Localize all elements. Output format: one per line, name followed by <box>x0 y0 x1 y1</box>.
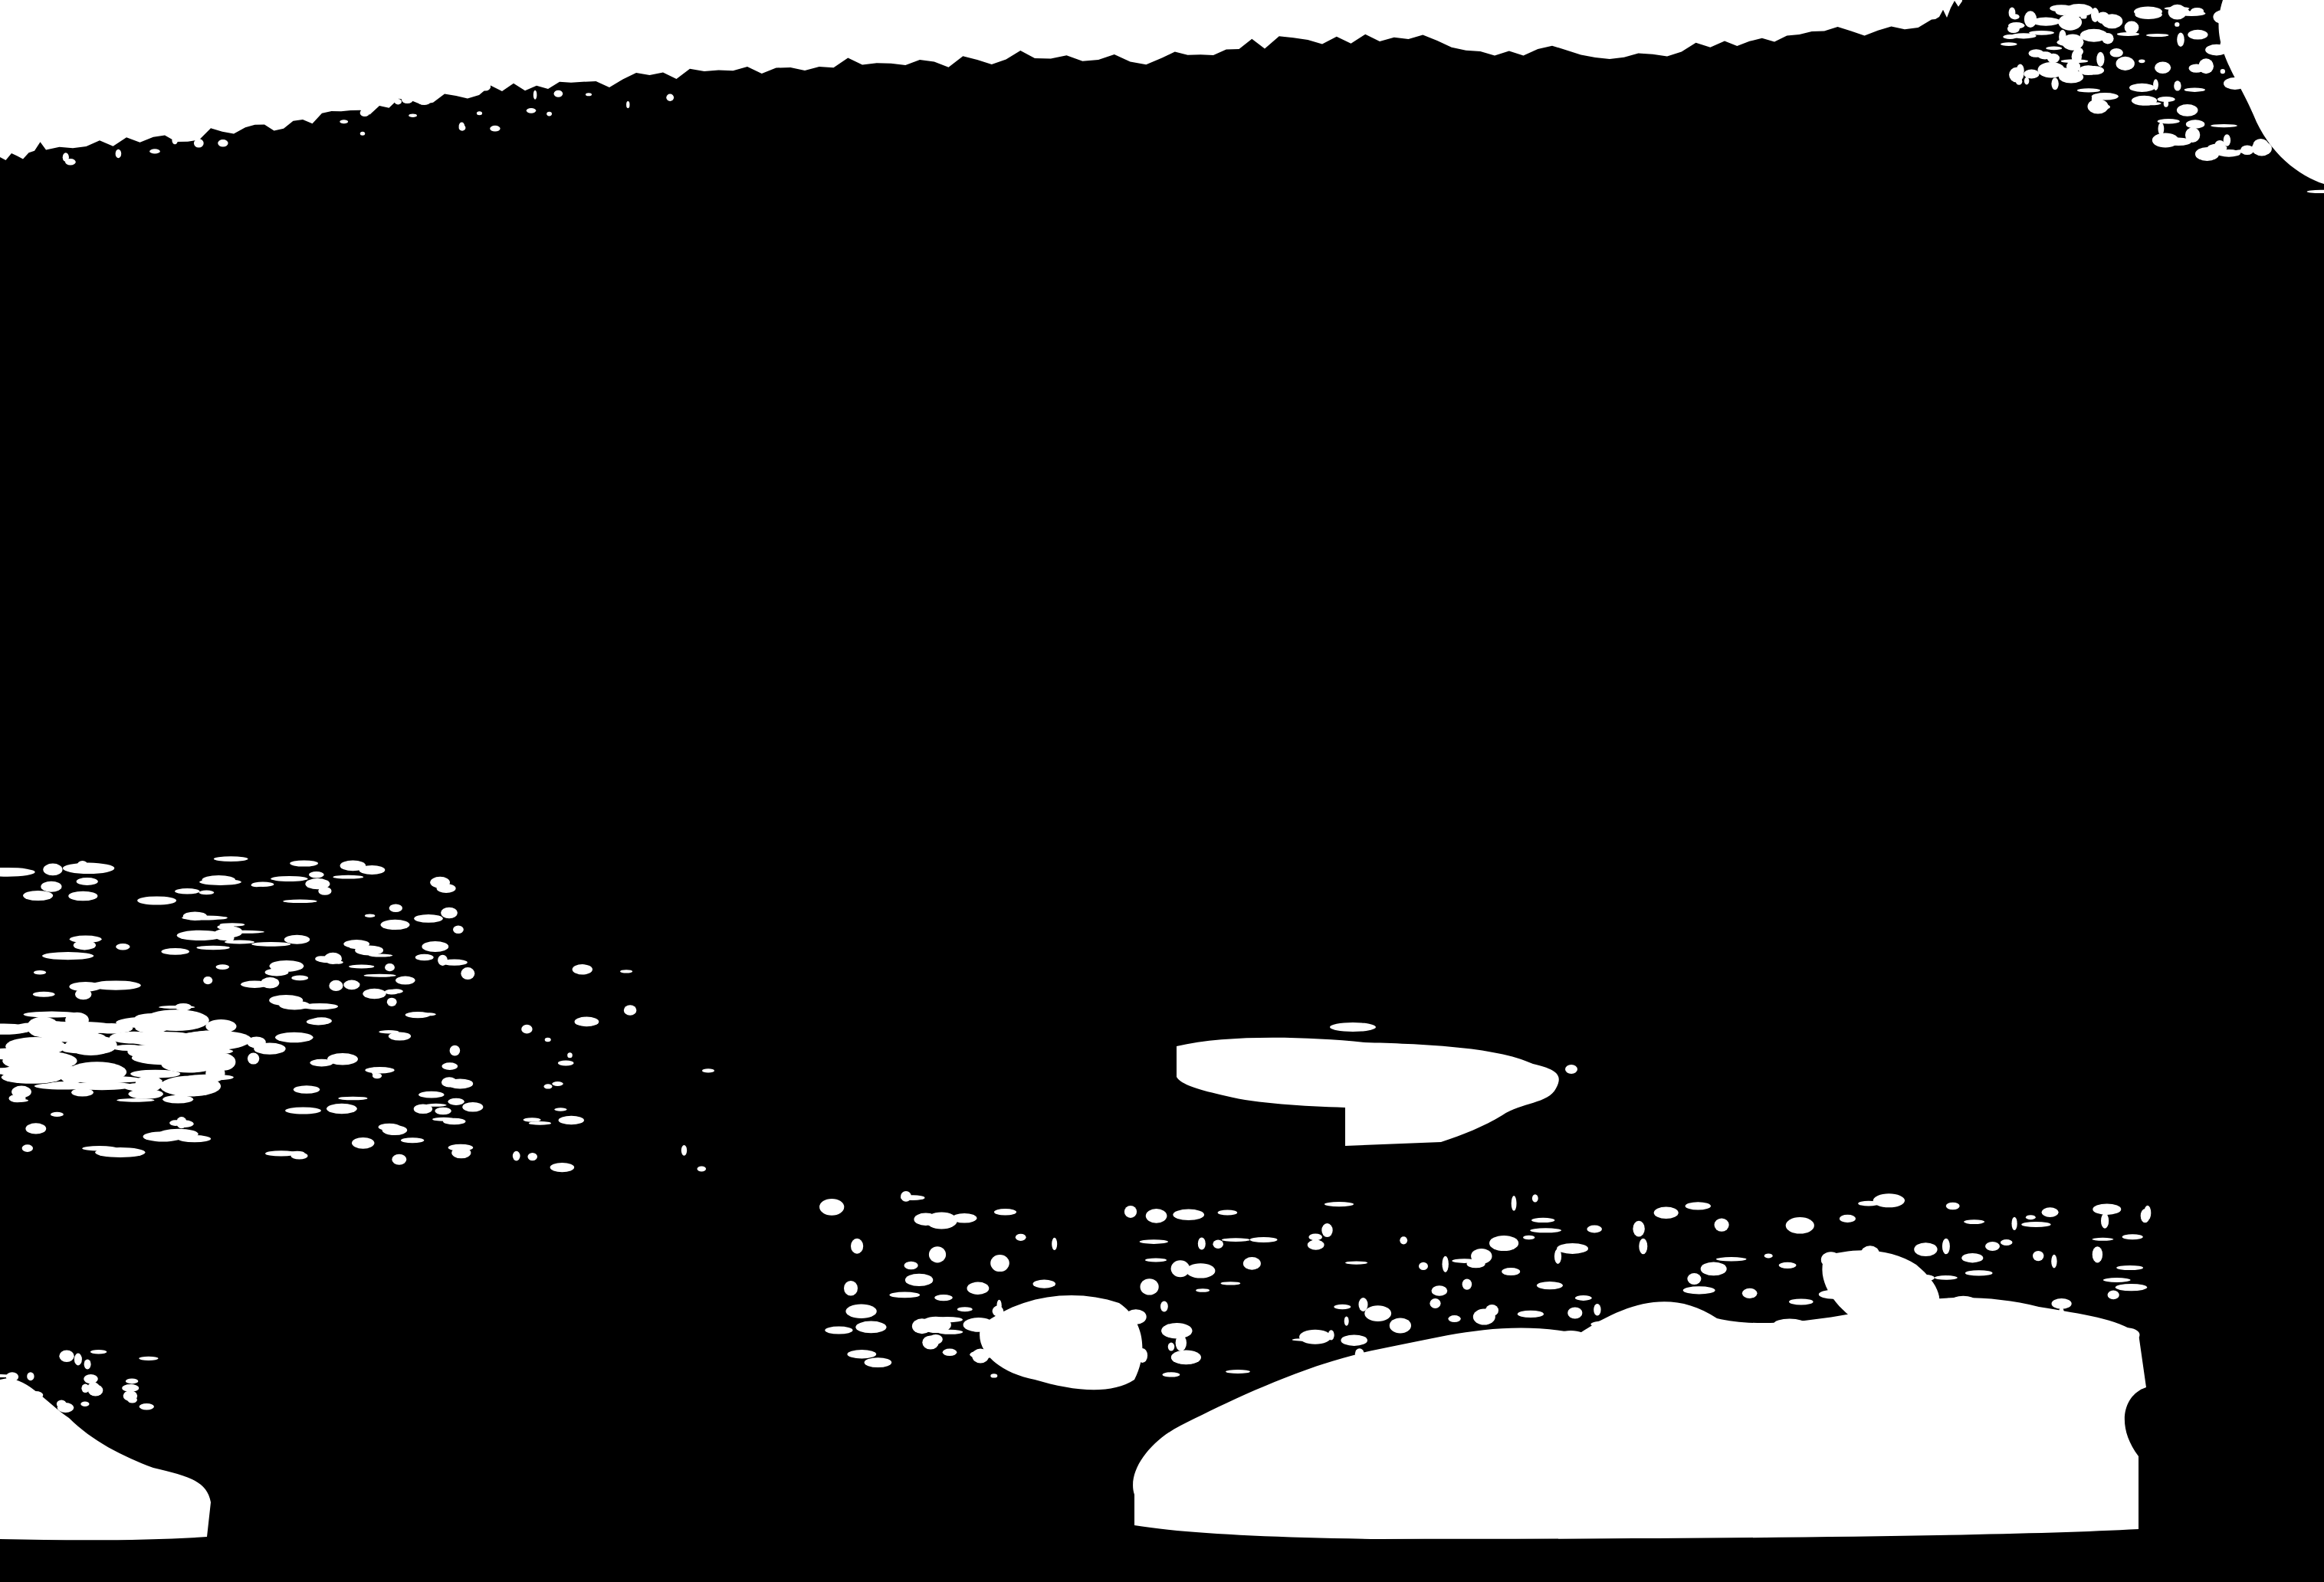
lower-field-speck <box>1518 1311 1544 1318</box>
lower-field-speck <box>963 1318 994 1332</box>
lower-field-speck <box>1985 1242 2000 1251</box>
lower-field-speck <box>1914 1242 1937 1256</box>
reflection-streak-sparse <box>545 1038 551 1042</box>
lower-field-speck <box>889 1292 920 1298</box>
lower-field-speck <box>1520 1347 1550 1354</box>
lower-field-speck <box>922 1335 938 1349</box>
lower-field-speck <box>1961 1253 1983 1262</box>
reflection-streak-sparse <box>558 1061 574 1066</box>
reflection-streak <box>159 1006 195 1009</box>
reflection-streak-dense <box>31 1022 96 1033</box>
reflection-streak <box>271 876 308 881</box>
reflection-streak-sparse <box>513 1151 520 1161</box>
lower-field-speck <box>1832 1372 1857 1386</box>
sky-speck <box>39 125 48 133</box>
sky-speck <box>26 130 33 139</box>
reflection-streak <box>261 977 279 988</box>
lower-field-speck <box>847 1350 876 1358</box>
sky-speck <box>64 115 68 119</box>
glare-speck <box>2175 22 2179 27</box>
reflection-streak-dense <box>126 1032 199 1046</box>
lower-field-speck <box>1821 1252 1841 1267</box>
reflection-streak <box>327 1104 357 1114</box>
lower-field-speck <box>1779 1262 1797 1269</box>
lower-field-speck <box>1386 1351 1416 1361</box>
lower-field-speck <box>1518 1340 1538 1344</box>
lower-field-speck <box>943 1349 957 1357</box>
lower-field-speck <box>1355 1348 1364 1359</box>
lower-field-speck <box>1140 1239 1168 1244</box>
reflection-streak <box>248 1053 259 1065</box>
lower-field-speck <box>1328 1330 1334 1340</box>
reflection-streak <box>453 926 464 934</box>
lower-field-speck <box>1085 1349 1098 1356</box>
reflection-streak-sparse <box>702 1068 714 1072</box>
lower-field-speck <box>1854 1279 1879 1283</box>
reflection-streak <box>199 891 215 895</box>
reflection-streak <box>69 982 101 992</box>
reflection-streak-dense <box>5 1037 65 1056</box>
lower-field-speck <box>1873 1193 1905 1207</box>
glare-speck <box>2191 8 2204 15</box>
reflection-streak-sparse <box>567 1052 573 1058</box>
lower-field-speck <box>1840 1215 1856 1223</box>
lower-field-speck <box>1530 1228 1561 1232</box>
sky-speck <box>315 106 324 113</box>
lower-field-speck <box>2059 1307 2064 1321</box>
glare-speck <box>2024 70 2039 79</box>
sky-speck <box>194 139 204 148</box>
glare-speck <box>2139 59 2145 63</box>
reflection-streak <box>338 1097 367 1101</box>
reflection-streak <box>33 992 55 997</box>
lower-field-speck <box>1843 1344 1852 1357</box>
lower-field-speck <box>1186 1263 1215 1278</box>
lower-left-speck <box>57 1400 67 1408</box>
lower-field-speck <box>1537 1282 1563 1289</box>
lower-field-speck <box>2097 1357 2112 1369</box>
lower-field-speck <box>1824 1361 1844 1364</box>
lower-field-speck <box>1575 1295 1592 1301</box>
lower-field-speck <box>1430 1298 1440 1308</box>
reflection-streak <box>387 998 397 1006</box>
lower-field-speck <box>1321 1223 1332 1237</box>
lower-field-speck <box>1221 1282 1241 1285</box>
sky-speck <box>670 61 677 66</box>
lower-field-speck <box>2036 1308 2042 1313</box>
glare-speck <box>2058 15 2082 31</box>
reflection-streak <box>419 1091 444 1098</box>
sky-speck <box>360 132 365 136</box>
reflection-streak <box>269 995 303 1006</box>
reflection-streak-dense <box>2 1070 67 1078</box>
lower-field-speck <box>934 1295 953 1301</box>
lower-field-speck <box>1686 1202 1711 1209</box>
lower-field-speck <box>2114 1328 2140 1342</box>
reflection-streak-sparse <box>343 980 359 990</box>
lower-left-speck <box>84 1374 98 1383</box>
glare-speck <box>2077 88 2100 92</box>
glare-speck <box>2011 14 2020 19</box>
glare-speck <box>2211 124 2237 127</box>
lower-field-speck <box>1173 1209 1204 1221</box>
lower-field-speck <box>1701 1262 1727 1276</box>
lower-field-speck <box>1687 1273 1701 1285</box>
glare-speck <box>2174 80 2181 90</box>
glare-speck <box>2234 149 2252 153</box>
glare-speck <box>2001 42 2017 46</box>
lower-field-speck <box>1891 1360 1896 1374</box>
lower-field-speck <box>1308 1240 1324 1250</box>
glare-speck <box>2094 104 2110 110</box>
lower-left-speck <box>122 1384 139 1392</box>
lower-field-speck <box>1431 1363 1461 1379</box>
lower-field-speck <box>1946 1203 1960 1210</box>
lower-field-speck <box>1171 1260 1190 1277</box>
lower-field-speck <box>1633 1221 1644 1237</box>
lower-field-speck <box>921 1317 951 1333</box>
lower-field-speck <box>2090 1324 2105 1340</box>
lower-field-speck <box>993 1306 1004 1317</box>
reflection-streak-sparse <box>443 1118 466 1125</box>
lower-field-speck <box>1359 1298 1368 1311</box>
lower-field-speck <box>2042 1207 2059 1217</box>
lower-field-speck <box>1567 1307 1582 1318</box>
reflection-streak <box>290 860 318 866</box>
glare-speck <box>2059 30 2066 44</box>
lower-field-speck <box>1965 1270 1993 1275</box>
sky-speck <box>126 103 132 110</box>
reflection-streak-sparse <box>575 1017 599 1027</box>
lower-field-speck <box>1489 1236 1518 1251</box>
reflection-streak-sparse <box>620 970 632 973</box>
reflection-streak-sparse <box>624 1005 637 1015</box>
sky-speck <box>626 101 629 108</box>
lower-field-speck <box>1717 1377 1724 1383</box>
glare-speck <box>2188 30 2207 40</box>
lower-field-speck <box>1784 1328 1797 1340</box>
lower-left-speck <box>126 1378 139 1383</box>
lower-field-speck <box>1771 1349 1791 1359</box>
sky-speck <box>529 71 533 77</box>
lower-field-speck <box>1471 1249 1492 1264</box>
lower-field-speck <box>1161 1323 1192 1339</box>
glare-speck <box>2056 71 2082 77</box>
lower-field-speck <box>1222 1238 1250 1242</box>
lower-field-speck <box>2051 1255 2056 1269</box>
reflection-streak <box>441 1077 457 1087</box>
lower-field-speck <box>2021 1222 2050 1227</box>
lower-field-speck <box>1162 1372 1180 1377</box>
lower-field-speck <box>901 1195 924 1200</box>
reflection-streak <box>396 976 415 985</box>
lower-field-speck <box>1324 1202 1354 1206</box>
sky-speck <box>116 149 122 159</box>
reflection-streak <box>42 952 94 960</box>
lower-field-speck <box>1145 1259 1167 1262</box>
lower-field-speck <box>1663 1340 1690 1350</box>
reflection-streak <box>401 1137 424 1143</box>
sky-speck <box>554 90 563 97</box>
reflection-streak <box>365 914 375 917</box>
lower-field-speck <box>1499 1370 1521 1382</box>
lower-field-speck <box>2088 1351 2093 1358</box>
reflection-streak-sparse <box>550 1163 575 1172</box>
reflection-streak <box>11 1099 28 1102</box>
lower-field-speck <box>1334 1305 1351 1309</box>
reflection-streak <box>340 861 366 871</box>
reflection-streak <box>74 940 96 950</box>
lower-field-speck <box>1345 1262 1367 1265</box>
reflection-streak <box>220 923 245 926</box>
reflection-streak <box>294 1085 320 1094</box>
lower-field-speck <box>1218 1209 1238 1215</box>
glare-speck <box>2177 8 2189 15</box>
photo-canvas <box>0 0 2324 1582</box>
reflection-streak <box>415 954 434 961</box>
lower-field-speck <box>1715 1218 1729 1231</box>
glare-speck <box>2252 141 2272 156</box>
sky-speck <box>409 113 417 117</box>
reflection-streak-sparse <box>441 1062 458 1070</box>
center-patch-fleck <box>1330 1022 1376 1032</box>
reflection-streak <box>134 1095 149 1098</box>
reflection-streak <box>405 1012 431 1018</box>
reflection-streak-dense <box>132 1051 205 1065</box>
reflection-streak-sparse <box>524 1118 541 1122</box>
reflection-streak <box>283 900 317 904</box>
lower-field-speck <box>1994 1368 2017 1377</box>
sky-speck <box>340 120 348 123</box>
reflection-streak-sparse <box>681 1145 687 1156</box>
lower-left-speck <box>84 1359 91 1369</box>
lower-field-speck <box>1602 1335 1620 1351</box>
sky-speck <box>172 136 178 145</box>
reflection-streak <box>311 1017 332 1024</box>
lower-field-speck <box>1789 1298 1814 1305</box>
glare-speck <box>2016 78 2022 85</box>
lower-left-speck <box>139 1357 158 1360</box>
sky-speck <box>151 111 159 120</box>
reflection-streak <box>441 960 468 966</box>
lower-field-speck <box>2093 1203 2121 1215</box>
lower-field-speck <box>1897 1306 1914 1323</box>
reflection-streak <box>51 1112 64 1117</box>
sky-speck <box>65 159 76 166</box>
lower-field-speck <box>844 1281 858 1296</box>
reflection-streak-sparse <box>435 1108 451 1115</box>
lower-left-speck <box>28 1391 44 1399</box>
lower-field-speck <box>1858 1201 1879 1206</box>
lower-field-speck <box>1900 1358 1922 1367</box>
sky-speck <box>459 125 466 131</box>
lower-field-speck <box>2101 1213 2109 1229</box>
reflection-streak <box>363 989 386 999</box>
lower-field-speck <box>1652 1353 1666 1361</box>
lower-field-speck <box>2141 1209 2150 1223</box>
reflection-streak <box>301 1003 338 1009</box>
reflection-streak <box>159 1129 199 1140</box>
lower-field-speck <box>1124 1206 1137 1218</box>
reflection-streak-dense <box>205 1019 236 1033</box>
lower-field-speck <box>1639 1239 1647 1255</box>
reflection-streak <box>441 908 458 919</box>
lower-field-speck <box>1866 1333 1892 1337</box>
reflection-streak-sparse <box>698 1167 707 1172</box>
sky-speck <box>218 139 228 147</box>
lower-field-speck <box>1419 1262 1428 1270</box>
reflection-streak <box>117 1098 154 1102</box>
reflection-streak <box>355 945 383 955</box>
reflection-streak <box>291 976 308 981</box>
lower-field-speck <box>1861 1246 1879 1261</box>
sky-speck <box>360 109 369 117</box>
lower-field-speck <box>1226 1370 1250 1374</box>
reflection-streak-sparse <box>552 1081 563 1086</box>
lower-field-speck <box>825 1327 852 1334</box>
center-patch-fleck <box>1565 1065 1577 1074</box>
reflection-streak <box>214 856 248 862</box>
reflection-streak <box>63 863 114 874</box>
reflection-streak-sparse <box>521 1025 532 1034</box>
reflection-streak-sparse <box>527 1153 537 1160</box>
reflection-streak <box>309 871 324 878</box>
glare-speck <box>2011 33 2037 38</box>
reflection-streak <box>290 1151 304 1156</box>
lower-field-speck <box>1198 1238 1206 1250</box>
lower-field-speck <box>1146 1209 1167 1223</box>
reflection-streak <box>176 1121 193 1127</box>
sky-speck <box>527 108 536 113</box>
reflection-streak <box>389 904 402 913</box>
lower-left-speck <box>11 1397 25 1407</box>
reflection-streak <box>216 964 230 970</box>
lower-field-speck <box>1916 1330 1940 1344</box>
sky-speck <box>477 111 482 115</box>
glare-speck <box>2037 51 2052 59</box>
lower-left-speck <box>74 1354 82 1366</box>
reflection-streak <box>422 941 448 952</box>
glare-speck <box>2024 77 2029 85</box>
lower-field-speck <box>1873 1321 1878 1331</box>
lower-field-speck <box>1532 1194 1538 1202</box>
lower-left-speck <box>81 1384 89 1393</box>
lower-left-speck <box>88 1383 99 1390</box>
lower-field-speck <box>1448 1315 1460 1322</box>
reflection-streak <box>329 980 343 991</box>
glare-speck <box>2207 144 2227 153</box>
lower-field-speck <box>1018 1342 1050 1349</box>
reflection-streak <box>385 990 399 995</box>
lower-field-speck <box>1113 1352 1120 1367</box>
sky-speck <box>547 112 552 117</box>
reflection-streak <box>365 1067 394 1073</box>
reflection-streak <box>203 976 212 984</box>
lower-field-speck <box>1947 1324 1954 1337</box>
lower-field-speck <box>994 1209 1016 1216</box>
glare-speck <box>2140 102 2162 105</box>
reflection-streak-sparse <box>414 1104 432 1114</box>
lower-field-speck <box>2116 1265 2143 1270</box>
lower-left-speck <box>80 1402 89 1406</box>
lower-field-speck <box>1931 1370 1935 1374</box>
lower-field-speck <box>1951 1296 1975 1305</box>
glare-speck <box>2116 57 2135 71</box>
lower-field-speck <box>1016 1234 1026 1241</box>
sky-speck <box>196 111 200 115</box>
lower-field-speck <box>1786 1217 1814 1234</box>
reflection-streak <box>385 963 395 971</box>
lower-field-speck <box>1364 1305 1391 1321</box>
lower-field-speck <box>845 1305 876 1318</box>
reflection-streak <box>137 896 176 904</box>
lower-left-speck <box>127 1397 137 1403</box>
reflection-streak <box>196 946 229 950</box>
reflection-streak <box>116 944 130 950</box>
lower-field-speck <box>914 1213 937 1226</box>
lower-field-speck <box>2116 1284 2147 1291</box>
lower-field-speck <box>1523 1236 1535 1240</box>
reflection-streak <box>448 1098 464 1105</box>
lower-field-speck <box>1292 1338 1324 1341</box>
lower-field-speck <box>1654 1207 1679 1219</box>
lower-left-speck <box>140 1403 154 1410</box>
glare-speck <box>2046 47 2062 51</box>
sky-speck <box>419 100 430 105</box>
reflection-streak <box>202 875 236 885</box>
lower-field-speck <box>851 1239 863 1254</box>
sky-speck <box>395 99 402 104</box>
glare-speck <box>2158 119 2180 123</box>
lower-field-speck <box>1432 1344 1439 1354</box>
glare-speck <box>2155 62 2171 74</box>
lower-field-speck <box>1196 1288 1210 1292</box>
lower-field-speck <box>1588 1364 1594 1375</box>
reflection-streak-sparse <box>559 1116 584 1125</box>
lower-field-speck <box>1012 1310 1022 1321</box>
sky-speck <box>480 83 491 91</box>
glare-speck <box>2008 22 2024 29</box>
reflection-streak <box>213 929 235 940</box>
reflection-streak <box>414 914 443 923</box>
lower-field-speck <box>1683 1286 1715 1294</box>
lower-field-speck <box>1590 1321 1621 1328</box>
lower-field-speck <box>1485 1305 1498 1316</box>
reflection-streak <box>318 887 331 895</box>
lower-field-speck <box>2026 1215 2036 1219</box>
lower-field-speck <box>1462 1278 1472 1289</box>
lower-field-speck <box>1594 1304 1600 1316</box>
lower-field-speck <box>1935 1275 1958 1280</box>
sky-speck <box>402 95 413 103</box>
sky-speck <box>193 124 203 130</box>
glare-speck <box>2165 138 2191 146</box>
lower-field-speck <box>990 1255 1009 1272</box>
reflection-streak <box>23 891 53 901</box>
sky-speck <box>666 94 674 101</box>
reflection-streak <box>450 1045 461 1056</box>
lower-field-speck <box>1137 1348 1147 1363</box>
lower-field-speck <box>1299 1330 1331 1344</box>
reflection-streak <box>270 960 304 972</box>
lower-left-speck <box>29 1400 49 1405</box>
reflection-streak-dense <box>211 1053 235 1070</box>
reflection-streak-dense <box>47 1081 84 1088</box>
lower-field-speck <box>1171 1351 1201 1365</box>
lower-field-speck <box>1742 1288 1758 1298</box>
lower-field-speck <box>2093 1246 2102 1262</box>
lower-field-speck <box>990 1374 997 1377</box>
